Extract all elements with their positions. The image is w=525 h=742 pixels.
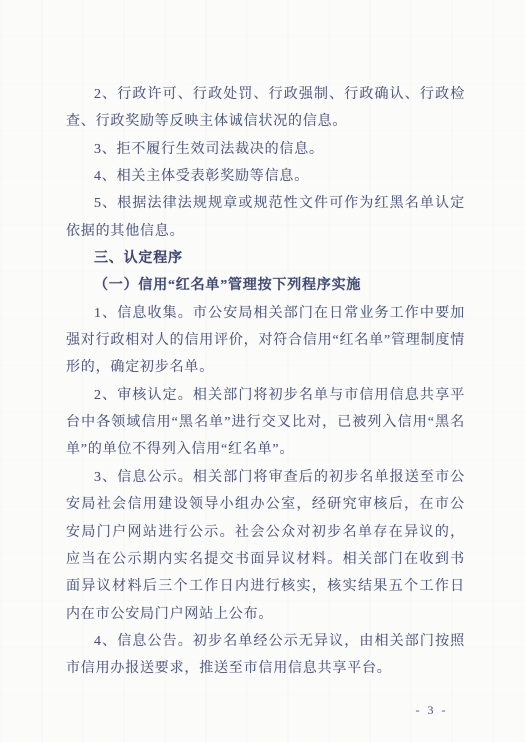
section-heading: 三、认定程序 [66,245,465,272]
paragraph: 2、行政许可、行政处罚、行政强制、行政确认、行政检查、行政奖励等反映主体诚信状况… [66,81,465,136]
paragraph: 4、相关主体受表彰奖励等信息。 [66,163,465,190]
paragraph: 2、审核认定。相关部门将初步名单与市信用信息共享平台中各领域信用“黑名单”进行交… [66,382,465,464]
paragraph: 3、信息公示。相关部门将审查后的初步名单报送至市公安局社会信用建设领导小组办公室… [66,464,465,628]
document-body: 2、行政许可、行政处罚、行政强制、行政确认、行政检查、行政奖励等反映主体诚信状况… [66,81,465,683]
paragraph: 5、根据法律法规规章或规范性文件可作为红黑名单认定依据的其他信息。 [66,190,465,245]
subsection-heading: （一）信用“红名单”管理按下列程序实施 [66,272,465,299]
page-number: - 3 - [416,703,449,718]
paragraph: 3、拒不履行生效司法裁决的信息。 [66,136,465,163]
document-page: 2、行政许可、行政处罚、行政强制、行政确认、行政检查、行政奖励等反映主体诚信状况… [0,0,525,742]
paragraph: 1、信息收集。市公安局相关部门在日常业务工作中要加强对行政相对人的信用评价，对符… [66,300,465,382]
paragraph: 4、信息公告。初步名单经公示无异议，由相关部门按照市信用办报送要求，推送至市信用… [66,628,465,683]
